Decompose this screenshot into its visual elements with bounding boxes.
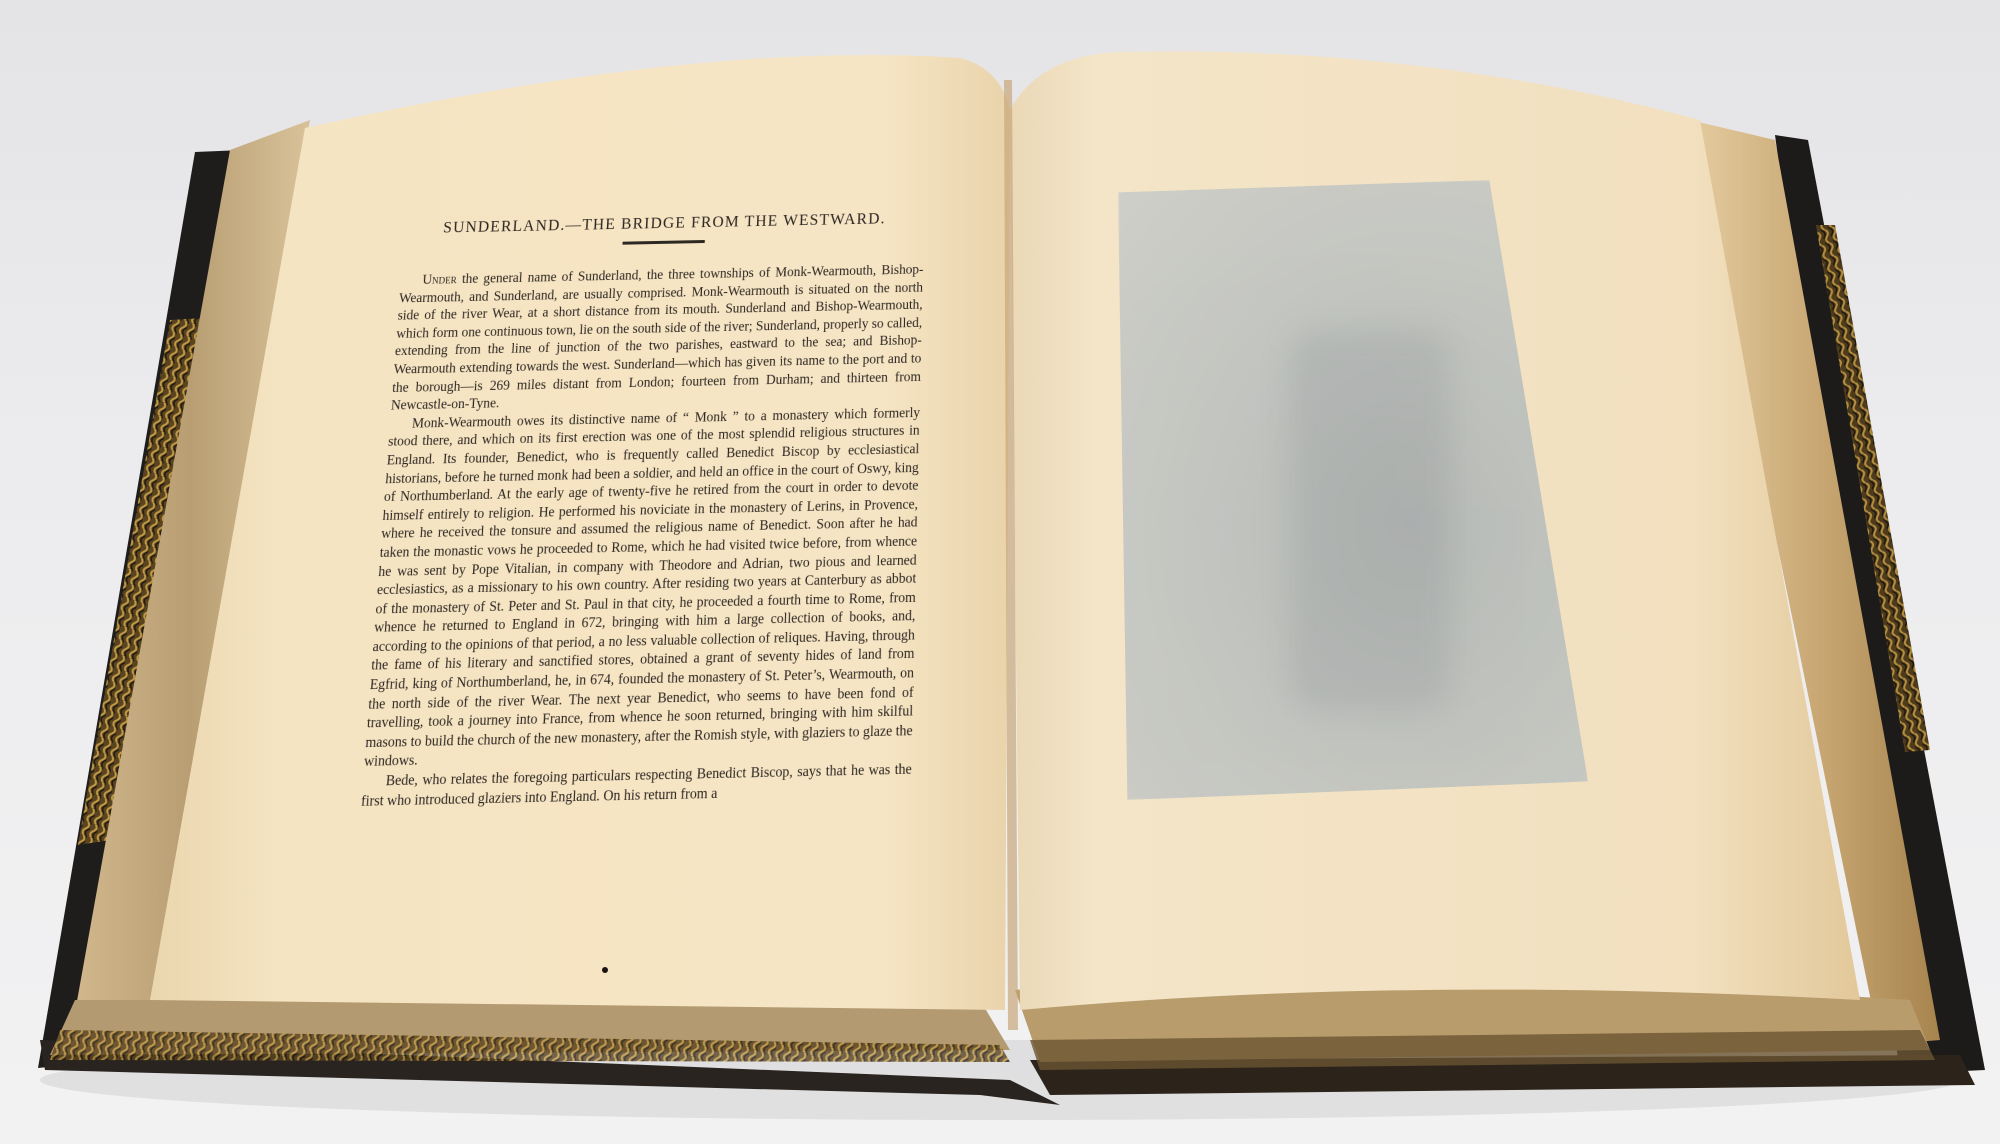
drop-lead: Under (422, 271, 457, 287)
plate-ghost-image (1290, 330, 1450, 710)
paragraph: Under the general name of Sunderland, th… (390, 260, 923, 414)
paragraph-text: the general name of Sunderland, the thre… (390, 261, 923, 412)
paragraph-text: Monk-Wearmouth owes its distinctive name… (363, 404, 920, 769)
paragraph: Monk-Wearmouth owes its distinctive name… (363, 403, 920, 771)
open-book (0, 0, 2000, 1144)
photo-scene: SUNDERLAND.—THE BRIDGE FROM THE WESTWARD… (0, 0, 2000, 1144)
heading-rule (622, 240, 704, 245)
left-page-text: SUNDERLAND.—THE BRIDGE FROM THE WESTWARD… (360, 210, 924, 811)
